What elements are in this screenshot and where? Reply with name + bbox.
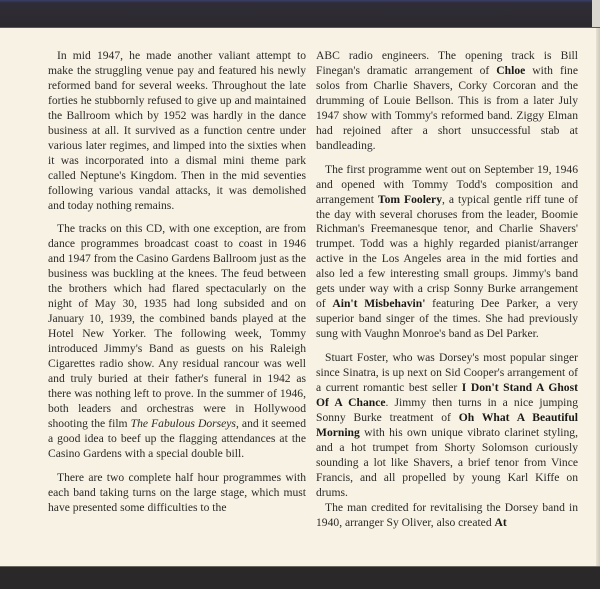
film-title: The Fabulous Dorseys: [131, 417, 236, 430]
track-title: Ain't Misbehavin': [332, 297, 425, 310]
paragraph-sy-oliver: The man credited for revitalising the Do…: [316, 501, 578, 531]
right-text-column: ABC radio engineers. The opening track i…: [316, 49, 578, 531]
track-title: Chloe: [496, 64, 525, 77]
track-title: Tom Foolery: [378, 193, 442, 206]
bottom-dark-band: [0, 566, 600, 589]
left-text-column: In mid 1947, he made another valiant att…: [48, 49, 306, 516]
paragraph-text: , a typical gentle riff tune of the day …: [316, 193, 578, 311]
paragraph-text: with fine solos from Charlie Shavers, Co…: [316, 64, 578, 152]
paragraph-tracks-origin: The tracks on this CD, with one exceptio…: [48, 222, 306, 461]
paragraph-stuart-foster: Stuart Foster, who was Dorsey's most pop…: [316, 351, 578, 501]
top-dark-band: [0, 0, 600, 28]
right-page-edge: [596, 28, 600, 566]
paragraph-first-programme: The first programme went out on Septembe…: [316, 163, 578, 342]
paragraph-text: The man credited for revitalising the Do…: [316, 501, 578, 529]
paragraph-text: The tracks on this CD, with one exceptio…: [48, 222, 306, 429]
top-right-page-edge: [592, 0, 600, 27]
paragraph-chloe: ABC radio engineers. The opening track i…: [316, 49, 578, 154]
paragraph-casino-gardens-history: In mid 1947, he made another valiant att…: [48, 49, 306, 213]
paragraph-programmes: There are two complete half hour program…: [48, 471, 306, 516]
track-title: At: [495, 516, 507, 529]
